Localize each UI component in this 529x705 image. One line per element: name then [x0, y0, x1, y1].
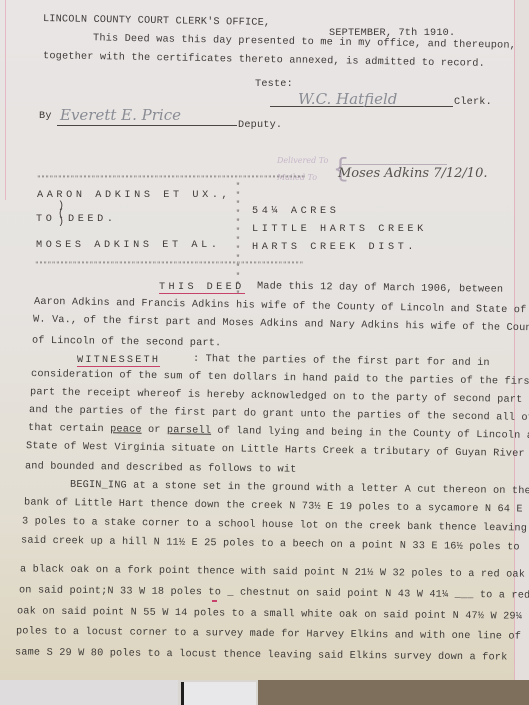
deputy-signature: Everett E. Price: [60, 106, 181, 124]
deed-page: LINCOLN COUNTY COURT CLERK'S OFFICE, SEP…: [0, 0, 529, 680]
underlying-paper: [181, 682, 256, 705]
paragraph3-line-4: said creek up a hill N 11½ E 25 poles to…: [21, 536, 520, 554]
underlined-word-parsell: parsell: [167, 425, 211, 437]
recording-line-2: together with the certificates thereto a…: [43, 51, 485, 70]
paragraph1-line-2: Aaron Adkins and Francis Adkins his wife…: [34, 297, 527, 317]
paragraph2-line-3: part the receipt whereof is hereby ackno…: [30, 387, 523, 406]
caption-brace: )(): [58, 203, 64, 227]
red-blank-mark: [212, 600, 217, 602]
paragraph3-line-7: oak on said point N 55 W 14 poles to a s…: [17, 606, 522, 622]
to-label: TO: [36, 214, 55, 225]
paragraph3-line-2: bank of Little Hart thence down the cree…: [24, 498, 523, 516]
paragraph2-line-6: State of West Virginia situate on Little…: [26, 441, 525, 460]
deputy-label: Deputy.: [238, 120, 282, 131]
deputy-signature-line: [57, 125, 237, 126]
left-margin-line: [5, 0, 6, 200]
paragraph2-line-7: and bounded and described as follows to …: [25, 461, 297, 475]
teste-label: Teste:: [255, 79, 293, 90]
witnesseth-text: WITNESSETH: [77, 355, 160, 367]
acreage: 54¼ ACRES: [252, 206, 339, 217]
paragraph2-line-2: consideration of the sum of ten dollars …: [31, 369, 529, 388]
text-run: of land lying and being in the County of…: [211, 426, 529, 442]
paragraph3-line-3: 3 poles to a stake corner to a school ho…: [22, 516, 527, 534]
grantee: MOSES ADKINS ET AL.: [36, 240, 221, 251]
clerk-label: Clerk.: [454, 97, 492, 108]
location: LITTLE HARTS CREEK: [252, 224, 427, 235]
text-run: or: [142, 425, 167, 436]
underlined-word-peace: peace: [110, 424, 142, 435]
paragraph1-line-4: of Lincoln of the second part.: [32, 336, 222, 350]
wooden-desk: [258, 680, 529, 705]
paragraph3-line-9: same S 29 W 80 poles to a locust thence …: [15, 647, 508, 663]
paragraph2-line-1: : That the parties of the first part for…: [193, 354, 490, 369]
paragraph3-line-1: BEGIN_ING at a stone set in the ground w…: [70, 480, 529, 497]
district: HARTS CREEK DIST.: [252, 242, 417, 253]
clerk-signature: W.C. Hatfield: [298, 90, 397, 108]
mailed-to-value: Moses Adkins 7/12/10.: [338, 166, 487, 181]
paragraph3-line-8: poles to a locust corner to a survey mad…: [16, 626, 521, 642]
paragraph3-line-5: a black oak on a fork point thence with …: [20, 564, 525, 580]
delivered-to-label: Delivered To: [277, 156, 328, 165]
caption-border-top: """"""""""""""""""""""""""""""""""""""""…: [37, 175, 306, 182]
grantor: AARON ADKINS ET UX.,: [37, 190, 231, 201]
paragraph1-line-3: W. Va., of the first part and Moses Adki…: [33, 315, 529, 335]
this-deed-heading: THIS DEED: [159, 282, 245, 293]
text-run: that certain: [28, 423, 110, 435]
paragraph3-line-6: on said point;N 33 W 18 poles to _ chest…: [19, 585, 529, 601]
by-label: By: [39, 111, 52, 122]
office-heading: LINCOLN COUNTY COURT CLERK'S OFFICE,: [43, 14, 270, 29]
paragraph2-line-5: that certain peace or parsell of land ly…: [28, 423, 529, 442]
paragraph1-line-1: Made this 12 day of March 1906, between: [257, 281, 503, 295]
witnesseth-heading: WITNESSETH: [77, 355, 160, 366]
this-deed-text: THIS DEED: [159, 282, 245, 294]
instrument-type: DEED.: [68, 214, 117, 225]
desk-surface: [0, 680, 178, 705]
paragraph2-line-4: and the parties of the first part do gra…: [29, 405, 529, 424]
caption-border-bottom: """"""""""""""""""""""""""""""""""""""""…: [35, 261, 304, 268]
delivered-to-line: [342, 164, 447, 165]
